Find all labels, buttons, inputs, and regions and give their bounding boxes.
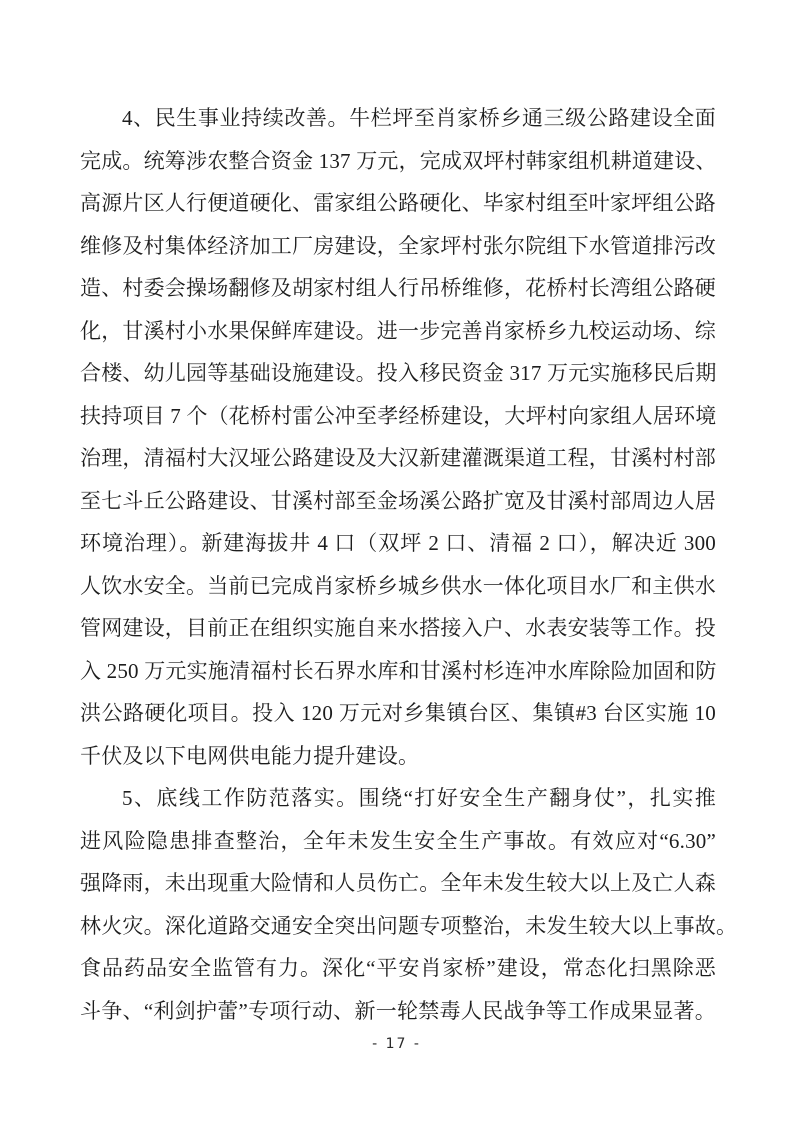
paragraph-4-line-3: 高源片区人行便道硬化、雷家组公路硬化、毕家村组至叶家坪组公路 bbox=[80, 182, 716, 225]
paragraph-5-line-1: 5、底线工作防范落实。围绕“打好安全生产翻身仗”，扎实推 bbox=[80, 777, 716, 820]
paragraph-5-line-3: 强降雨，未出现重大险情和人员伤亡。全年未发生较大以上及亡人森 bbox=[80, 862, 716, 905]
paragraph-4: 4、民生事业持续改善。牛栏坪至肖家桥乡通三级公路建设全面 完成。统筹涉农整合资金… bbox=[80, 97, 716, 777]
paragraph-4-line-8: 扶持项目 7 个（花桥村雷公冲至孝经桥建设，大坪村向家组人居环境 bbox=[80, 395, 716, 438]
paragraph-4-line-5: 造、村委会操场翻修及胡家村组人行吊桥维修，花桥村长湾组公路硬 bbox=[80, 267, 716, 310]
paragraph-4-line-4: 维修及村集体经济加工厂房建设，全家坪村张尔院组下水管道排污改 bbox=[80, 225, 716, 268]
paragraph-4-line-10: 至七斗丘公路建设、甘溪村部至金场溪公路扩宽及甘溪村部周边人居 bbox=[80, 480, 716, 523]
paragraph-4-line-12: 人饮水安全。当前已完成肖家桥乡城乡供水一体化项目水厂和主供水 bbox=[80, 565, 716, 608]
paragraph-4-line-11: 环境治理）。新建海拔井 4 口（双坪 2 口、清福 2 口），解决近 300 bbox=[80, 522, 716, 565]
paragraph-4-line-2: 完成。统筹涉农整合资金 137 万元，完成双坪村韩家组机耕道建设、 bbox=[80, 140, 716, 183]
paragraph-4-line-7: 合楼、幼儿园等基础设施建设。投入移民资金 317 万元实施移民后期 bbox=[80, 352, 716, 395]
paragraph-4-line-13: 管网建设，目前正在组织实施自来水搭接入户、水表安装等工作。投 bbox=[80, 607, 716, 650]
page-number: - 17 - bbox=[0, 1036, 793, 1052]
paragraph-5-line-4: 林火灾。深化道路交通安全突出问题专项整治，未发生较大以上事故。 bbox=[80, 905, 716, 948]
paragraph-4-line-16: 千伏及以下电网供电能力提升建设。 bbox=[80, 735, 716, 778]
paragraph-4-line-14: 入 250 万元实施清福村长石界水库和甘溪村杉连冲水库除险加固和防 bbox=[80, 650, 716, 693]
paragraph-5-line-5: 食品药品安全监管有力。深化“平安肖家桥”建设，常态化扫黑除恶 bbox=[80, 947, 716, 990]
paragraph-5: 5、底线工作防范落实。围绕“打好安全生产翻身仗”，扎实推 进风险隐患排查整治，全… bbox=[80, 777, 716, 1032]
paragraph-4-line-9: 治理，清福村大汉垭公路建设及大汉新建灌溉渠道工程，甘溪村村部 bbox=[80, 437, 716, 480]
paragraph-4-line-1: 4、民生事业持续改善。牛栏坪至肖家桥乡通三级公路建设全面 bbox=[80, 97, 716, 140]
paragraph-5-line-2: 进风险隐患排查整治，全年未发生安全生产事故。有效应对“6.30” bbox=[80, 820, 716, 863]
paragraph-4-line-6: 化，甘溪村小水果保鲜库建设。进一步完善肖家桥乡九校运动场、综 bbox=[80, 310, 716, 353]
paragraph-5-line-6: 斗争、“利剑护蕾”专项行动、新一轮禁毒人民战争等工作成果显著。 bbox=[80, 990, 716, 1033]
document-page: 4、民生事业持续改善。牛栏坪至肖家桥乡通三级公路建设全面 完成。统筹涉农整合资金… bbox=[0, 0, 793, 1122]
document-body: 4、民生事业持续改善。牛栏坪至肖家桥乡通三级公路建设全面 完成。统筹涉农整合资金… bbox=[80, 97, 716, 1032]
paragraph-4-line-15: 洪公路硬化项目。投入 120 万元对乡集镇台区、集镇#3 台区实施 10 bbox=[80, 692, 716, 735]
